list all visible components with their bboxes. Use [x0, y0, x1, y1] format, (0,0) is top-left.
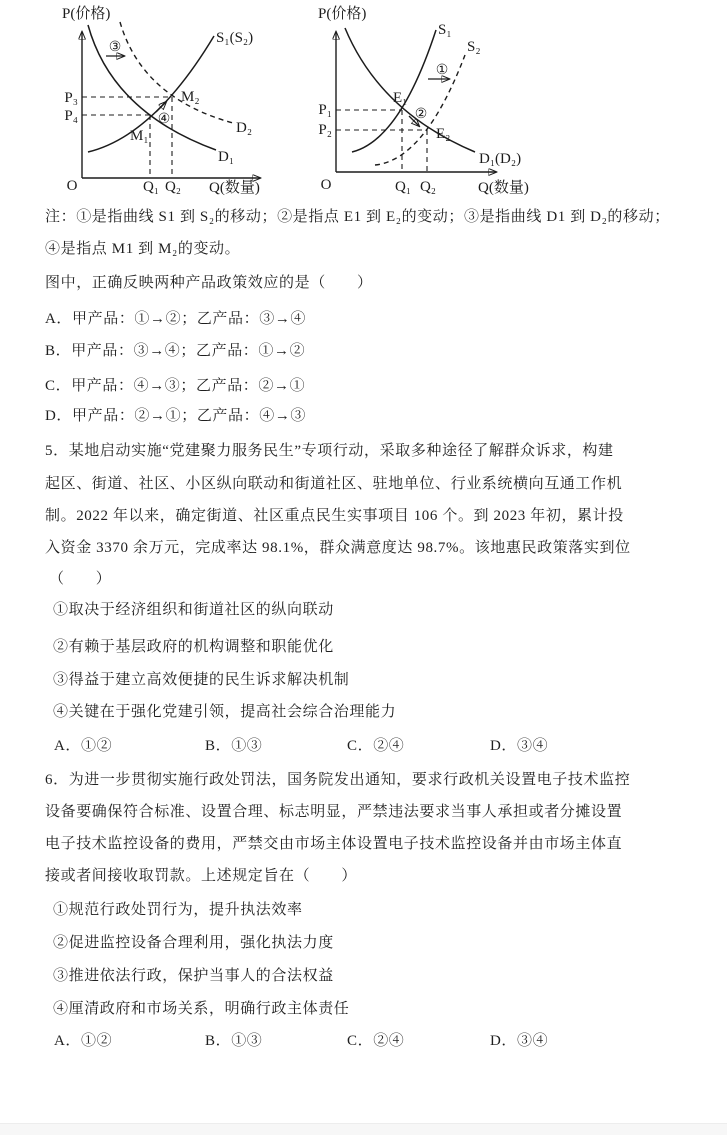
- left-d2-label: D₂: [236, 120, 252, 136]
- right-marker-1-icon: ①: [436, 63, 449, 78]
- q4-prompt: 图中，正确反映两种产品政策效应的是（ ）: [45, 274, 373, 292]
- left-q2-label: Q₂: [165, 179, 181, 195]
- q4-option-a: A．甲产品：①→②；乙产品：③→④: [45, 310, 306, 328]
- left-p3-label: P₃: [64, 90, 78, 106]
- q6-option-b: B．①③: [205, 1032, 262, 1050]
- q5-statement-4: ④关键在于强化党建引领，提高社会综合治理能力: [53, 703, 396, 721]
- right-q1-label: Q₁: [395, 179, 411, 195]
- right-s2-label: S₂: [467, 39, 481, 55]
- q6-option-d: D．③④: [490, 1032, 548, 1050]
- q6-paragraph-line-1: 6．为进一步贯彻实施行政处罚法，国务院发出通知，要求行政机关设置电子技术监控: [45, 771, 630, 789]
- left-p4-label: P₄: [64, 108, 78, 124]
- right-x-axis-label: Q(数量): [478, 179, 529, 196]
- q5-statement-3: ③得益于建立高效便捷的民生诉求解决机制: [53, 671, 349, 689]
- right-q2-label: Q₂: [420, 179, 436, 195]
- left-marker-4-icon: ④: [158, 112, 171, 127]
- q5-option-d: D．③④: [490, 737, 548, 755]
- right-supply-demand-diagram: P(价格) S₁ S₂ ① ② E₁ E₂ P₁ P₂ D₁(D₂) O Q₁ …: [316, 2, 566, 197]
- left-x-axis-label: Q(数量): [209, 179, 260, 196]
- q6-statement-2: ②促进监控设备合理利用，强化执法力度: [53, 934, 334, 952]
- left-supply-demand-diagram: P(价格) S₁(S₂) P₃ P₄ M₂ M₁ ③ ④ D₂ D₁ O Q₁ …: [44, 2, 304, 197]
- q5-statement-2: ②有赖于基层政府的机构调整和职能优化: [53, 638, 334, 656]
- q5-option-a: A．①②: [54, 737, 112, 755]
- q6-paragraph-line-2: 设备要确保符合标准、设置合理、标志明显，严禁违法要求当事人承担或者分摊设置: [45, 803, 622, 821]
- q5-answer-blank: （ ）: [49, 570, 111, 588]
- right-p2-label: P₂: [318, 122, 332, 138]
- right-y-axis-label: P(价格): [318, 4, 366, 22]
- q6-paragraph-line-4: 接或者间接收取罚款。上述规定旨在（ ）: [45, 867, 357, 885]
- right-p1-label: P₁: [318, 102, 332, 118]
- exam-page: P(价格) S₁(S₂) P₃ P₄ M₂ M₁ ③ ④ D₂ D₁ O Q₁ …: [0, 0, 727, 1135]
- q6-option-a: A．①②: [54, 1032, 112, 1050]
- left-m2-label: M₂: [181, 89, 200, 105]
- q6-option-c: C．②④: [347, 1032, 404, 1050]
- note-line-2: ④是指点 M1 到 M₂的变动。: [45, 240, 240, 258]
- left-supply-label: S₁(S₂): [216, 30, 253, 46]
- q6-statement-4: ④厘清政府和市场关系，明确行政主体责任: [53, 1000, 349, 1018]
- q4-option-b: B．甲产品：③→④；乙产品：①→②: [45, 342, 305, 360]
- right-d-label: D₁(D₂): [479, 151, 521, 167]
- q4-option-d: D．甲产品：②→①；乙产品：④→③: [45, 407, 306, 425]
- left-demand1-curve: [88, 25, 216, 150]
- left-marker-3-icon: ③: [109, 40, 122, 55]
- q5-option-c: C．②④: [347, 737, 404, 755]
- q5-paragraph-line-2: 起区、街道、社区、小区纵向联动和街道社区、驻地单位、行业系统横向互通工作机: [45, 475, 622, 493]
- right-demand-curve: [345, 28, 475, 152]
- right-s1-label: S₁: [438, 22, 452, 38]
- q5-paragraph-line-1: 5．某地启动实施“党建聚力服务民生”专项行动，采取多种途径了解群众诉求，构建: [45, 442, 614, 460]
- left-move-arrow-icon: [156, 102, 166, 112]
- q5-option-b: B．①③: [205, 737, 262, 755]
- q5-statement-1: ①取决于经济组织和街道社区的纵向联动: [53, 601, 334, 619]
- note-line-1: 注：①是指曲线 S1 到 S₂的移动；②是指点 E1 到 E₂的变动；③是指曲线…: [45, 208, 670, 226]
- q4-option-c: C．甲产品：④→③；乙产品：②→①: [45, 377, 305, 395]
- right-origin-label: O: [321, 177, 332, 193]
- left-q1-label: Q₁: [143, 179, 159, 195]
- right-e1-label: E₁: [393, 90, 407, 106]
- footer-bar: [0, 1123, 727, 1135]
- right-e2-label: E₂: [436, 126, 450, 142]
- q6-statement-1: ①规范行政处罚行为，提升执法效率: [53, 901, 303, 919]
- q6-paragraph-line-3: 电子技术监控设备的费用，严禁交由市场主体设置电子技术监控设备并由市场主体直: [45, 835, 622, 853]
- q5-paragraph-line-3: 制。2022 年以来，确定街道、社区重点民生实事项目 106 个。到 2023 …: [45, 507, 624, 525]
- left-y-axis-label: P(价格): [62, 4, 110, 22]
- left-origin-label: O: [67, 178, 78, 194]
- left-d1-label: D₁: [218, 149, 234, 165]
- q6-statement-3: ③推进依法行政，保护当事人的合法权益: [53, 967, 334, 985]
- q5-paragraph-line-4: 入资金 3370 余万元，完成率达 98.1%，群众满意度达 98.7%。该地惠…: [45, 539, 631, 557]
- right-marker-2-icon: ②: [415, 107, 428, 122]
- left-m1-label: M₁: [130, 128, 149, 144]
